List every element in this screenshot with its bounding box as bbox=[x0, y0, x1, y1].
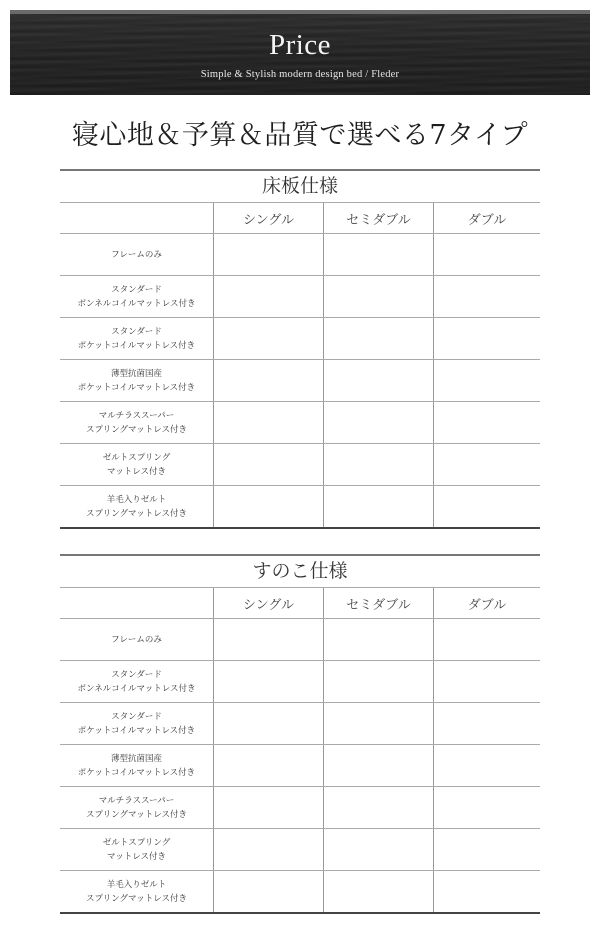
price-cell-double bbox=[433, 871, 540, 912]
price-cell-double bbox=[433, 360, 540, 401]
price-cell-semi-double bbox=[323, 871, 433, 912]
price-table-slatted: すのこ仕様 シングル セミダブル ダブル フレームのみ スタンダード ボンネルコ… bbox=[60, 554, 540, 914]
price-cell-double bbox=[433, 318, 540, 359]
row-label: スタンダード ポケットコイルマットレス付き bbox=[60, 703, 213, 744]
table-row: ゼルトスプリング マットレス付き bbox=[60, 444, 540, 486]
price-cell-semi-double bbox=[323, 318, 433, 359]
price-cell-semi-double bbox=[323, 619, 433, 660]
price-cell-single bbox=[213, 444, 323, 485]
price-cell-single bbox=[213, 829, 323, 870]
table-row: ゼルトスプリング マットレス付き bbox=[60, 829, 540, 871]
table-title: すのこ仕様 bbox=[60, 556, 540, 588]
table-row: 羊毛入りゼルト スプリングマットレス付き bbox=[60, 486, 540, 527]
row-label: ゼルトスプリング マットレス付き bbox=[60, 444, 213, 485]
price-cell-double bbox=[433, 829, 540, 870]
price-cell-double bbox=[433, 402, 540, 443]
price-cell-single bbox=[213, 486, 323, 527]
price-cell-semi-double bbox=[323, 360, 433, 401]
price-cell-single bbox=[213, 661, 323, 702]
table-row: マルチラススーパー スプリングマットレス付き bbox=[60, 402, 540, 444]
table-row: マルチラススーパー スプリングマットレス付き bbox=[60, 787, 540, 829]
row-label: スタンダード ボンネルコイルマットレス付き bbox=[60, 661, 213, 702]
price-cell-double bbox=[433, 661, 540, 702]
row-label: スタンダード ボンネルコイルマットレス付き bbox=[60, 276, 213, 317]
price-cell-single bbox=[213, 402, 323, 443]
price-cell-single bbox=[213, 234, 323, 275]
table-row: フレームのみ bbox=[60, 619, 540, 661]
price-table-floorboard: 床板仕様 シングル セミダブル ダブル フレームのみ スタンダード ボンネルコイ… bbox=[60, 169, 540, 529]
row-label: 薄型抗菌国産 ポケットコイルマットレス付き bbox=[60, 745, 213, 786]
column-header-semi-double: セミダブル bbox=[323, 588, 433, 618]
table-row: 薄型抗菌国産 ポケットコイルマットレス付き bbox=[60, 360, 540, 402]
row-label: 薄型抗菌国産 ポケットコイルマットレス付き bbox=[60, 360, 213, 401]
price-cell-single bbox=[213, 318, 323, 359]
table-row: フレームのみ bbox=[60, 234, 540, 276]
price-cell-semi-double bbox=[323, 402, 433, 443]
banner-title: Price bbox=[10, 31, 590, 60]
price-cell-double bbox=[433, 787, 540, 828]
column-header-double: ダブル bbox=[433, 588, 540, 618]
row-label: フレームのみ bbox=[60, 619, 213, 660]
row-label: フレームのみ bbox=[60, 234, 213, 275]
price-cell-single bbox=[213, 703, 323, 744]
table-title: 床板仕様 bbox=[60, 171, 540, 203]
price-cell-single bbox=[213, 276, 323, 317]
row-label: 羊毛入りゼルト スプリングマットレス付き bbox=[60, 871, 213, 912]
table-row: スタンダード ポケットコイルマットレス付き bbox=[60, 703, 540, 745]
price-cell-double bbox=[433, 703, 540, 744]
price-cell-double bbox=[433, 619, 540, 660]
row-label: マルチラススーパー スプリングマットレス付き bbox=[60, 402, 213, 443]
column-header-semi-double: セミダブル bbox=[323, 203, 433, 233]
price-cell-double bbox=[433, 276, 540, 317]
table-row: スタンダード ポケットコイルマットレス付き bbox=[60, 318, 540, 360]
column-header-single: シングル bbox=[213, 588, 323, 618]
price-cell-semi-double bbox=[323, 829, 433, 870]
price-banner: Price Simple & Stylish modern design bed… bbox=[10, 10, 590, 95]
column-header-single: シングル bbox=[213, 203, 323, 233]
price-cell-single bbox=[213, 619, 323, 660]
price-cell-semi-double bbox=[323, 745, 433, 786]
price-cell-single bbox=[213, 871, 323, 912]
price-cell-semi-double bbox=[323, 703, 433, 744]
row-label: マルチラススーパー スプリングマットレス付き bbox=[60, 787, 213, 828]
column-header-double: ダブル bbox=[433, 203, 540, 233]
row-label: ゼルトスプリング マットレス付き bbox=[60, 829, 213, 870]
price-cell-single bbox=[213, 745, 323, 786]
price-cell-semi-double bbox=[323, 787, 433, 828]
column-header-row: シングル セミダブル ダブル bbox=[60, 588, 540, 619]
price-cell-single bbox=[213, 787, 323, 828]
price-cell-double bbox=[433, 444, 540, 485]
price-cell-semi-double bbox=[323, 661, 433, 702]
table-row: スタンダード ボンネルコイルマットレス付き bbox=[60, 661, 540, 703]
price-cell-double bbox=[433, 486, 540, 527]
table-row: スタンダード ボンネルコイルマットレス付き bbox=[60, 276, 540, 318]
price-cell-semi-double bbox=[323, 234, 433, 275]
column-header-row: シングル セミダブル ダブル bbox=[60, 203, 540, 234]
price-cell-semi-double bbox=[323, 444, 433, 485]
table-row: 羊毛入りゼルト スプリングマットレス付き bbox=[60, 871, 540, 912]
page-headline: 寝心地＆予算＆品質で選べる7タイプ bbox=[0, 113, 600, 152]
table-row: 薄型抗菌国産 ポケットコイルマットレス付き bbox=[60, 745, 540, 787]
price-cell-double bbox=[433, 234, 540, 275]
banner-subtitle: Simple & Stylish modern design bed / Fle… bbox=[10, 69, 590, 80]
price-cell-double bbox=[433, 745, 540, 786]
price-cell-single bbox=[213, 360, 323, 401]
row-label: スタンダード ポケットコイルマットレス付き bbox=[60, 318, 213, 359]
price-cell-semi-double bbox=[323, 276, 433, 317]
row-label: 羊毛入りゼルト スプリングマットレス付き bbox=[60, 486, 213, 527]
header-blank-cell bbox=[60, 588, 213, 618]
price-cell-semi-double bbox=[323, 486, 433, 527]
header-blank-cell bbox=[60, 203, 213, 233]
